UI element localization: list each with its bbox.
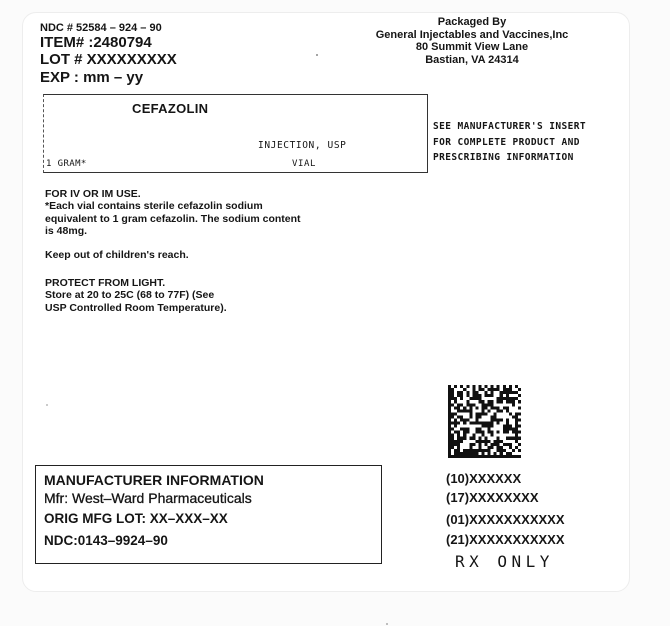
gs1-gtin: (01)XXXXXXXXXXX [446, 512, 565, 527]
storage-instructions: Store at 20 to 25C (68 to 77F) (See USP … [45, 289, 227, 314]
scan-speck [46, 404, 48, 406]
use-route: FOR IV OR IM USE. [45, 188, 141, 201]
packager-info: Packaged By General Injectables and Vacc… [345, 16, 599, 66]
storage-line2: USP Controlled Room Temperature). [45, 302, 227, 315]
product-name: CEFAZOLIN [132, 101, 208, 116]
container-type: VIAL [292, 159, 316, 169]
contents-line2: equivalent to 1 gram cefazolin. The sodi… [45, 213, 301, 226]
original-mfg-lot: ORIG MFG LOT: XX–XXX–XX [44, 511, 228, 526]
gs1-expiration: (17)XXXXXXXX [446, 490, 539, 505]
insert-notice-line2: FOR COMPLETE PRODUCT AND [433, 135, 586, 151]
children-warning: Keep out of children's reach. [45, 249, 189, 262]
datamatrix-barcode-icon [448, 385, 521, 458]
item-number: ITEM# :2480794 [40, 34, 152, 51]
lot-number: LOT # XXXXXXXXX [40, 51, 177, 68]
packager-address-line1: 80 Summit View Lane [345, 41, 599, 54]
light-warning: PROTECT FROM LIGHT. [45, 277, 165, 290]
manufacturer-ndc: NDC:0143–9924–90 [44, 533, 168, 548]
gs1-batch-lot: (10)XXXXXX [446, 471, 521, 486]
scan-speck [386, 623, 388, 625]
packager-company: General Injectables and Vaccines,Inc [345, 29, 599, 42]
contents-line1: *Each vial contains sterile cefazolin so… [45, 200, 301, 213]
storage-line1: Store at 20 to 25C (68 to 77F) (See [45, 289, 227, 302]
packager-heading: Packaged By [345, 16, 599, 29]
product-box [43, 94, 428, 173]
contents-line3: is 48mg. [45, 225, 301, 238]
manufacturer-title: MANUFACTURER INFORMATION [44, 472, 264, 488]
product-strength: 1 GRAM* [46, 159, 87, 169]
packager-address-line2: Bastian, VA 24314 [345, 54, 599, 67]
ndc-number: NDC # 52584 – 924 – 90 [40, 22, 162, 34]
expiration-date: EXP : mm – yy [40, 69, 143, 86]
gs1-serial: (21)XXXXXXXXXXX [446, 532, 565, 547]
insert-notice-line1: SEE MANUFACTURER'S INSERT [433, 119, 586, 135]
contents-description: *Each vial contains sterile cefazolin so… [45, 200, 301, 238]
dosage-form: INJECTION, USP [258, 140, 346, 151]
manufacturer-name: Mfr: West–Ward Pharmaceuticals [44, 490, 252, 506]
rx-only-notice: RX ONLY [455, 552, 554, 571]
insert-notice-line3: PRESCRIBING INFORMATION [433, 150, 586, 166]
scan-speck [316, 54, 318, 56]
insert-notice: SEE MANUFACTURER'S INSERT FOR COMPLETE P… [433, 119, 586, 166]
